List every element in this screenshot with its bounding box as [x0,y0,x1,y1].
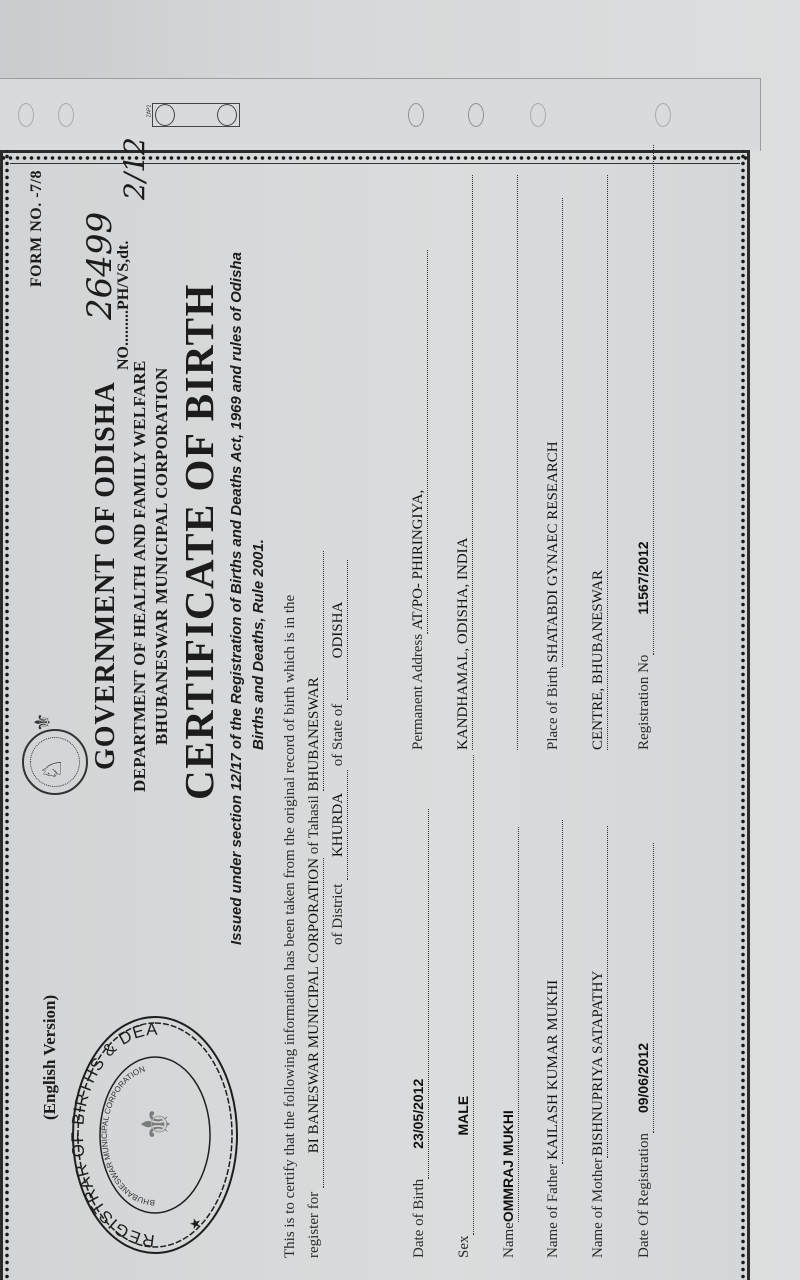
field-value: BISHNUPRIYA SATAPATHY [590,971,606,1156]
field-label: Permanent Address [410,634,426,750]
field-registration-no: Registration No11567/2012 [635,145,654,750]
field-label: Name of Mother [590,1158,606,1258]
dotted-border [4,150,10,1280]
field-value: 09/06/2012 [635,1043,651,1113]
field-place-of-birth-line2: CENTRE, BHUBANESWAR [590,175,608,750]
punch-hole [18,103,34,127]
field-value: 23/05/2012 [410,1079,426,1149]
field-value: CENTRE, BHUBANESWAR [590,570,606,750]
svg-text:⚜: ⚜ [134,1106,180,1142]
field-label: Sex [456,1236,472,1259]
field-value: KAILASH KUMAR MUKHI [545,980,561,1160]
language-version: (English Version) [40,995,60,1120]
corporation-title: BHUBANESWAR MUNICIPAL CORPORATION [152,367,172,745]
clip-label: ZAP2 [146,105,152,118]
register-for-label: register for [306,1192,322,1258]
binder-clip: ZAP2 [152,103,240,127]
clip-cap [217,104,237,126]
field-blank-line [500,175,518,750]
clip-cap [155,104,175,126]
field-label: Date Of Registration [636,1133,652,1258]
field-label: Registration No [636,655,652,750]
field-value: OMMRAJ MUKHI [500,1110,516,1222]
field-permanent-address-line2: KANDHAMAL, ODISHA, INDIA [455,175,473,750]
punch-hole [408,103,424,127]
register-line: register for BI BANESWAR MUNICIPAL CORPO… [306,551,324,1258]
field-value: 11567/2012 [635,541,651,614]
punch-hole [58,103,74,127]
district-label: of District [330,884,346,945]
register-for-value: BI BANESWAR MUNICIPAL CORPORATION [306,858,322,1153]
field-label: Name of Father [545,1164,561,1258]
field-name: NameOMMRAJ MUKHI [500,827,519,1258]
ashoka-lion-icon: ⚜ [30,712,56,732]
field-mother: Name of MotherBISHNUPRIYA SATAPATHY [590,826,608,1258]
state-value: ODISHA [330,602,346,659]
handwritten-ref-date: 2/12 [118,137,151,200]
certificate-title: CERTIFICATE OF BIRTH [175,283,223,800]
act-reference-line2: Births and Deaths, Rule 2001. [250,539,267,750]
district-value: KHURDA [330,793,346,857]
field-label: Date of Birth [411,1179,427,1258]
field-value: AT/PO- PHIRINGIYA, [410,490,426,630]
paper-margin-strip: ZAP2 [0,78,761,151]
certification-text: This is to certify that the following in… [282,595,299,1258]
district-state-line: of District KHURDA of State of ODISHA [330,560,348,945]
odisha-emblem-icon: ♘ [22,729,88,795]
government-title: GOVERNMENT OF ODISHA [90,381,122,770]
field-label: Name [501,1222,517,1258]
svg-text:★: ★ [188,1217,204,1230]
punch-hole [468,103,484,127]
field-date-of-birth: Date of Birth23/05/2012 [410,809,429,1258]
tahasil-label: of Tahasil [306,795,322,854]
punch-hole [655,103,671,127]
field-place-of-birth: Place of BirthSHATABDI GYNAEC RESEARCH [545,198,563,750]
form-number: FORM NO. -7/8 [28,170,46,287]
state-label: of State of [330,704,346,766]
punch-hole [530,103,546,127]
dotted-border [740,150,746,1280]
field-father: Name of FatherKAILASH KUMAR MUKHI [545,820,563,1258]
tahasil-value: BHUBANESWAR [306,677,322,791]
department-title: DEPARTMENT OF HEALTH AND FAMILY WELFARE [130,360,150,792]
field-value: KANDHAMAL, ODISHA, INDIA [455,538,471,750]
field-date-of-registration: Date Of Registration09/06/2012 [635,843,654,1258]
field-permanent-address: Permanent AddressAT/PO- PHIRINGIYA, [410,250,428,750]
handwritten-ref-number: 26499 [80,212,120,320]
act-reference-line1: Issued under section 12/17 of the Regist… [228,252,245,945]
field-label: Place of Birth [545,667,561,750]
field-value: SHATABDI GYNAEC RESEARCH [545,441,561,662]
registrar-seal-stamp: REGISTRAR OF BIRTHS & DEATHS & CITY HEAL… [70,1010,240,1260]
field-sex: SexMALE [455,756,474,1259]
field-value: MALE [455,1096,471,1136]
birth-certificate: ♘ ⚜ FORM NO. -7/8 (English Version) GOVE… [0,150,750,1280]
